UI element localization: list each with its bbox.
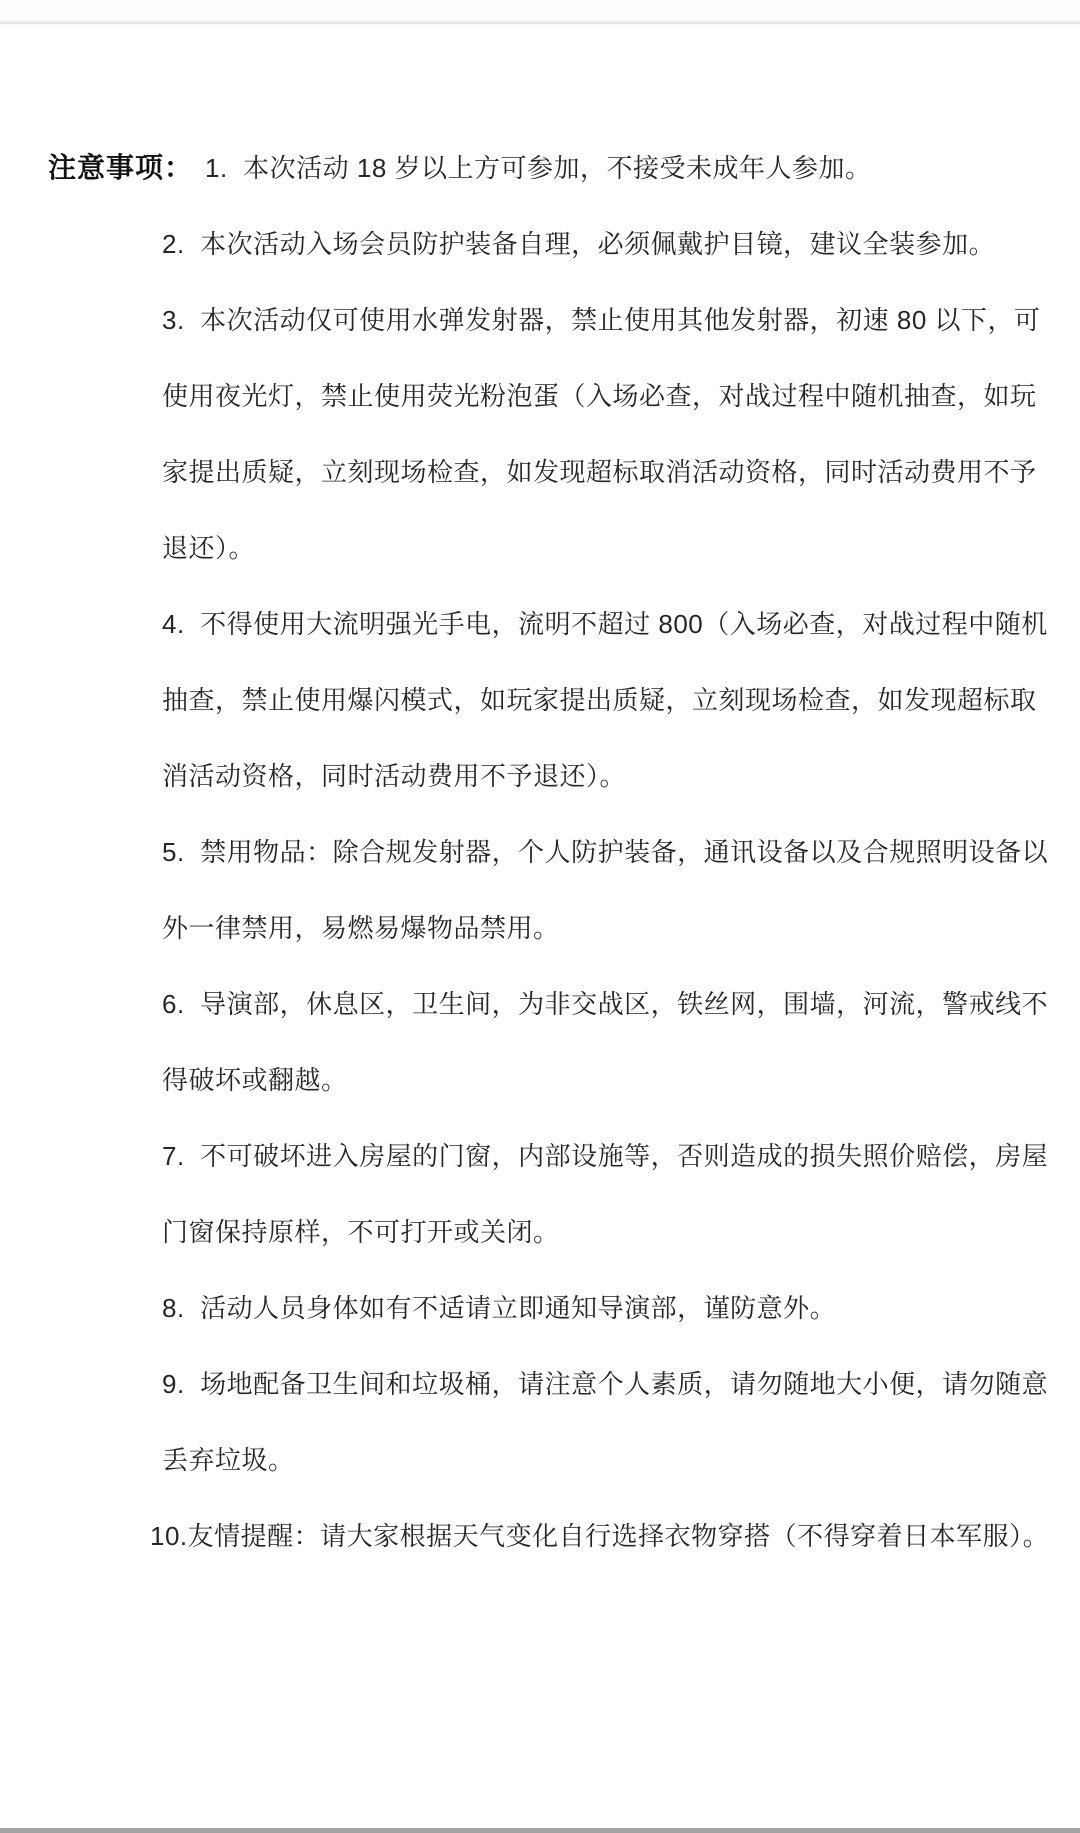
page-top-strip xyxy=(0,0,1080,21)
list-item-1: 1. 本次活动 18 岁以上方可参加，不接受未成年人参加。 xyxy=(205,148,872,185)
list-item-3-line-4: 退还）。 xyxy=(162,508,1050,584)
list-item-7-line-2: 门窗保持原样，不可打开或关闭。 xyxy=(162,1192,1050,1268)
list-item-7-line-1: 7. 不可破坏进入房屋的门窗，内部设施等，否则造成的损失照价赔偿，房屋 xyxy=(162,1116,1050,1192)
list-item-3-line-3: 家提出质疑，立刻现场检查，如发现超标取消活动资格，同时活动费用不予 xyxy=(162,432,1050,508)
document-body: 注意事项： 1. 本次活动 18 岁以上方可参加，不接受未成年人参加。 2. 本… xyxy=(0,128,1080,1572)
list-item-4-line-3: 消活动资格，同时活动费用不予退还）。 xyxy=(162,736,1050,812)
list-item-6-line-1: 6. 导演部，休息区，卫生间，为非交战区，铁丝网，围墙，河流，警戒线不 xyxy=(162,964,1050,1040)
list-item-5-line-2: 外一律禁用，易燃易爆物品禁用。 xyxy=(162,888,1050,964)
page-break-divider xyxy=(0,21,1080,24)
list-item-10: 10.友情提醒：请大家根据天气变化自行选择衣物穿搭（不得穿着日本军服）。 xyxy=(150,1496,1050,1572)
page-bottom-edge-bar xyxy=(0,1828,1080,1833)
text-line: 注意事项： 1. 本次活动 18 岁以上方可参加，不接受未成年人参加。 xyxy=(48,128,1050,204)
list-item-4-line-2: 抽查，禁止使用爆闪模式，如玩家提出质疑，立刻现场检查，如发现超标取 xyxy=(162,660,1050,736)
list-item-2: 2. 本次活动入场会员防护装备自理，必须佩戴护目镜，建议全装参加。 xyxy=(162,204,1050,280)
list-item-3-line-1: 3. 本次活动仅可使用水弹发射器，禁止使用其他发射器，初速 80 以下，可 xyxy=(162,280,1050,356)
list-item-4-line-1: 4. 不得使用大流明强光手电，流明不超过 800（入场必查，对战过程中随机 xyxy=(162,584,1050,660)
list-item-9-line-1: 9. 场地配备卫生间和垃圾桶，请注意个人素质，请勿随地大小便，请勿随意 xyxy=(162,1344,1050,1420)
notice-heading: 注意事项： xyxy=(48,146,193,186)
list-item-9-line-2: 丢弃垃圾。 xyxy=(162,1420,1050,1496)
list-item-3-line-2: 使用夜光灯，禁止使用荧光粉泡蛋（入场必查，对战过程中随机抽查，如玩 xyxy=(162,356,1050,432)
list-item-8: 8. 活动人员身体如有不适请立即通知导演部，谨防意外。 xyxy=(162,1268,1050,1344)
list-item-6-line-2: 得破坏或翻越。 xyxy=(162,1040,1050,1116)
list-item-5-line-1: 5. 禁用物品：除合规发射器，个人防护装备，通讯设备以及合规照明设备以 xyxy=(162,812,1050,888)
